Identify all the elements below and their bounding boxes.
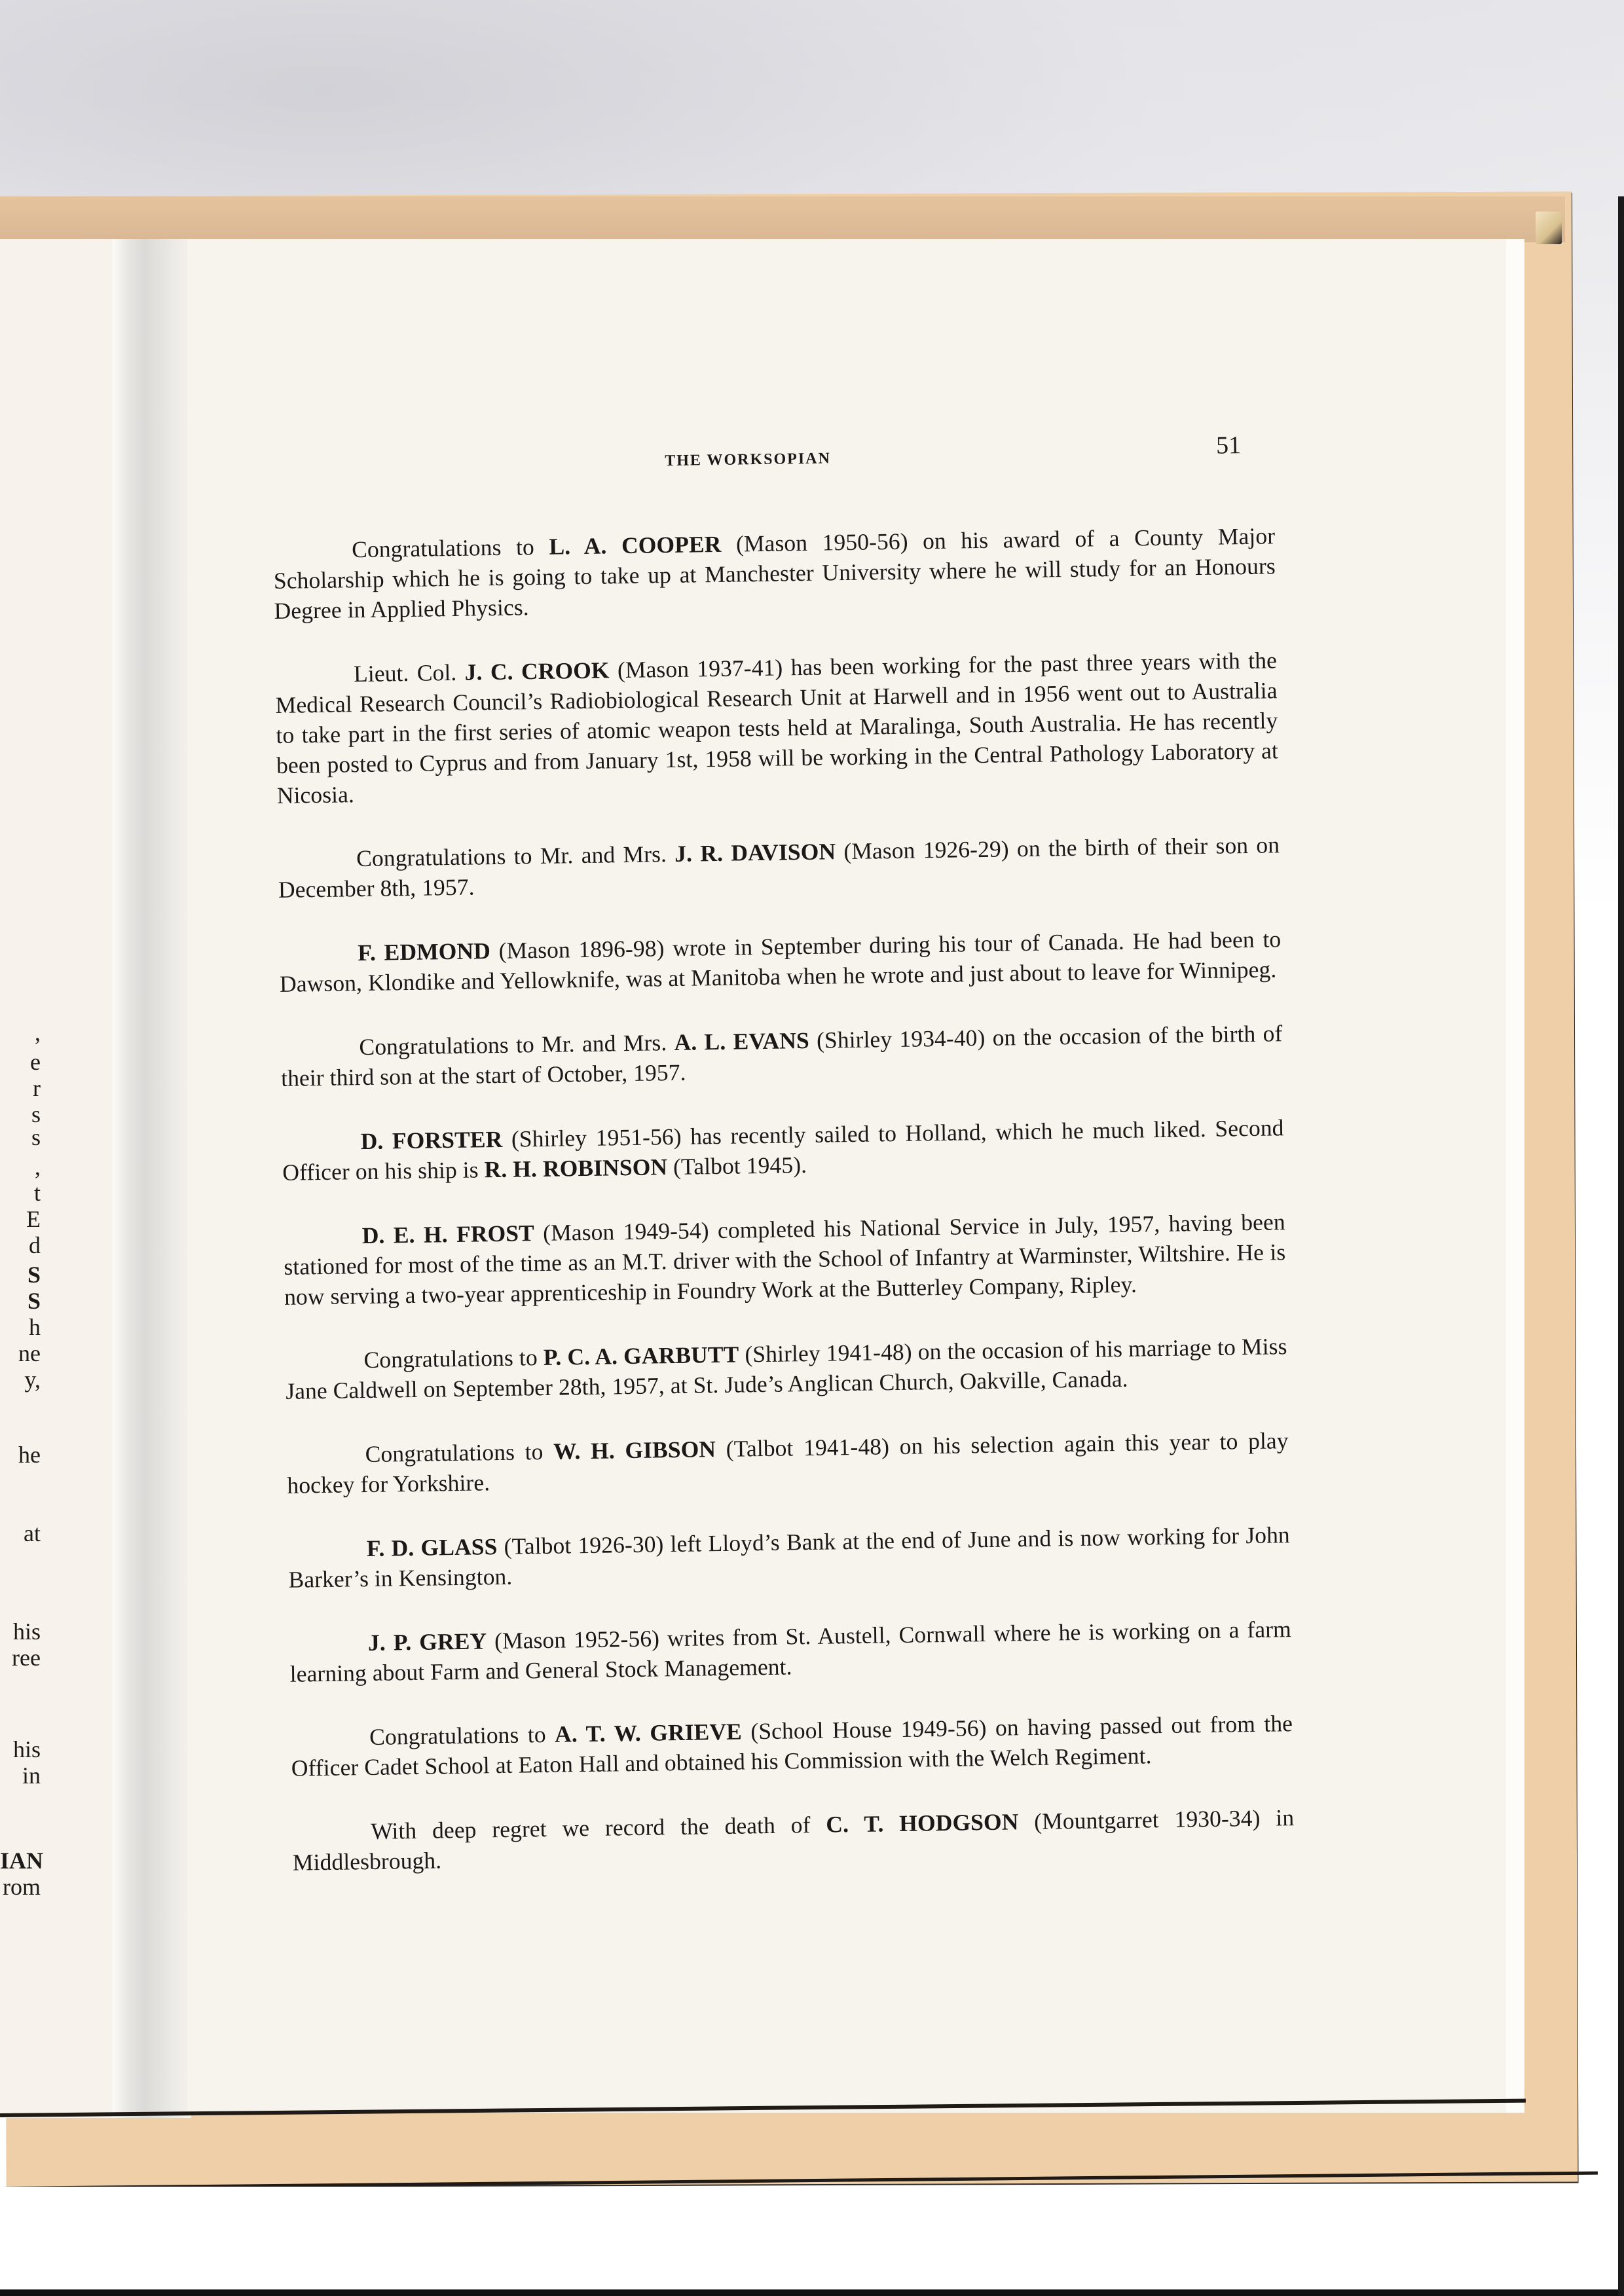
news-items: Congratulations to L. A. COOPER (Mason 1…	[273, 520, 1295, 1877]
left-page-fragment: h	[0, 1313, 41, 1341]
item-text: Congratulations to	[369, 1721, 555, 1750]
book-cover-top-edge	[0, 196, 1565, 242]
left-page-fragment: ,	[0, 1018, 41, 1047]
scan-border-right	[1618, 196, 1624, 2296]
left-page-fragment: at	[0, 1519, 41, 1548]
left-page-fragment: ree	[0, 1643, 41, 1672]
left-page-fragment: e	[0, 1048, 41, 1076]
item-text: Lieut. Col.	[354, 659, 465, 687]
news-item: Lieut. Col. J. C. CROOK (Mason 1937-41) …	[275, 645, 1279, 811]
scanner-bottom-margin	[0, 2187, 1624, 2291]
left-page-fragment: his	[0, 1617, 41, 1646]
person-name: R. H. ROBINSON	[484, 1154, 667, 1182]
person-name: P. C. A. GARBUTT	[544, 1341, 739, 1370]
person-name: J. C. CROOK	[464, 657, 609, 685]
item-text: Congratulations to Mr. and Mrs.	[356, 841, 675, 871]
running-title: THE WORKSOPIAN	[665, 450, 831, 470]
item-text: Congratulations to Mr. and Mrs.	[359, 1029, 674, 1060]
person-name: A. L. EVANS	[674, 1027, 809, 1055]
news-item: D. FORSTER (Shirley 1951-56) has recentl…	[282, 1112, 1284, 1188]
news-item: J. P. GREY (Mason 1952-56) writes from S…	[289, 1614, 1292, 1689]
left-page-fragment: d	[0, 1231, 41, 1260]
news-item: Congratulations to A. T. W. GRIEVE (Scho…	[291, 1708, 1293, 1783]
left-page-fragment: he	[0, 1440, 41, 1469]
person-name: F. EDMOND	[358, 938, 490, 966]
news-item: F. D. GLASS (Talbot 1926-30) left Lloyd’…	[288, 1520, 1291, 1595]
news-item: D. E. H. FROST (Mason 1949-54) completed…	[283, 1207, 1286, 1312]
left-page-fragment: S	[0, 1286, 41, 1315]
dog-eared-corner	[1536, 211, 1562, 244]
news-item: Congratulations to Mr. and Mrs. A. L. EV…	[280, 1018, 1283, 1093]
news-item: With deep regret we record the death of …	[292, 1802, 1295, 1878]
left-page-fragment: S	[0, 1260, 41, 1289]
person-name: C. T. HODGSON	[826, 1808, 1019, 1837]
page-number: 51	[1216, 431, 1242, 460]
news-item: Congratulations to P. C. A. GARBUTT (Shi…	[285, 1331, 1287, 1406]
item-text: (Talbot 1945).	[667, 1152, 807, 1180]
left-page-fragment: y,	[0, 1365, 41, 1394]
book-gutter-shadow	[113, 239, 191, 2118]
left-page-fragment: ne	[0, 1339, 41, 1368]
left-page-fragment: IAN	[0, 1846, 41, 1875]
person-name: A. T. W. GRIEVE	[555, 1719, 742, 1747]
left-page-fragment: r	[0, 1074, 41, 1102]
news-item: Congratulations to Mr. and Mrs. J. R. DA…	[278, 829, 1280, 905]
news-item: Congratulations to L. A. COOPER (Mason 1…	[273, 520, 1276, 626]
left-page-fragment: t	[0, 1178, 41, 1207]
left-page-fragment: ,	[0, 1152, 41, 1181]
item-text: Congratulations to	[365, 1438, 553, 1467]
person-name: J. P. GREY	[368, 1628, 487, 1656]
left-page-fragment: in	[0, 1761, 41, 1790]
item-text: Congratulations to	[352, 534, 549, 562]
person-name: F. D. GLASS	[367, 1533, 498, 1561]
item-text: Congratulations to	[363, 1344, 544, 1373]
left-page: ,erss,tEdSShney,heathisreehisinIANrom	[0, 239, 117, 2118]
scan-border-bottom	[0, 2289, 1624, 2296]
page-content: THE WORKSOPIAN 51 Congratulations to L. …	[272, 437, 1295, 1911]
person-name: D. E. H. FROST	[361, 1220, 534, 1248]
news-item: Congratulations to W. H. GIBSON (Talbot …	[286, 1425, 1289, 1501]
left-page-fragment: E	[0, 1205, 41, 1233]
item-text: With deep regret we record the death of	[371, 1812, 826, 1844]
person-name: W. H. GIBSON	[553, 1436, 716, 1465]
right-page-edge	[1506, 239, 1524, 2113]
left-page-fragment: s	[0, 1123, 41, 1152]
news-item: F. EDMOND (Mason 1896-98) wrote in Septe…	[279, 924, 1282, 999]
person-name: J. R. DAVISON	[674, 838, 836, 867]
left-page-fragment: his	[0, 1735, 41, 1764]
person-name: L. A. COOPER	[549, 531, 722, 560]
person-name: D. FORSTER	[360, 1126, 502, 1154]
left-page-fragment: rom	[0, 1872, 41, 1901]
